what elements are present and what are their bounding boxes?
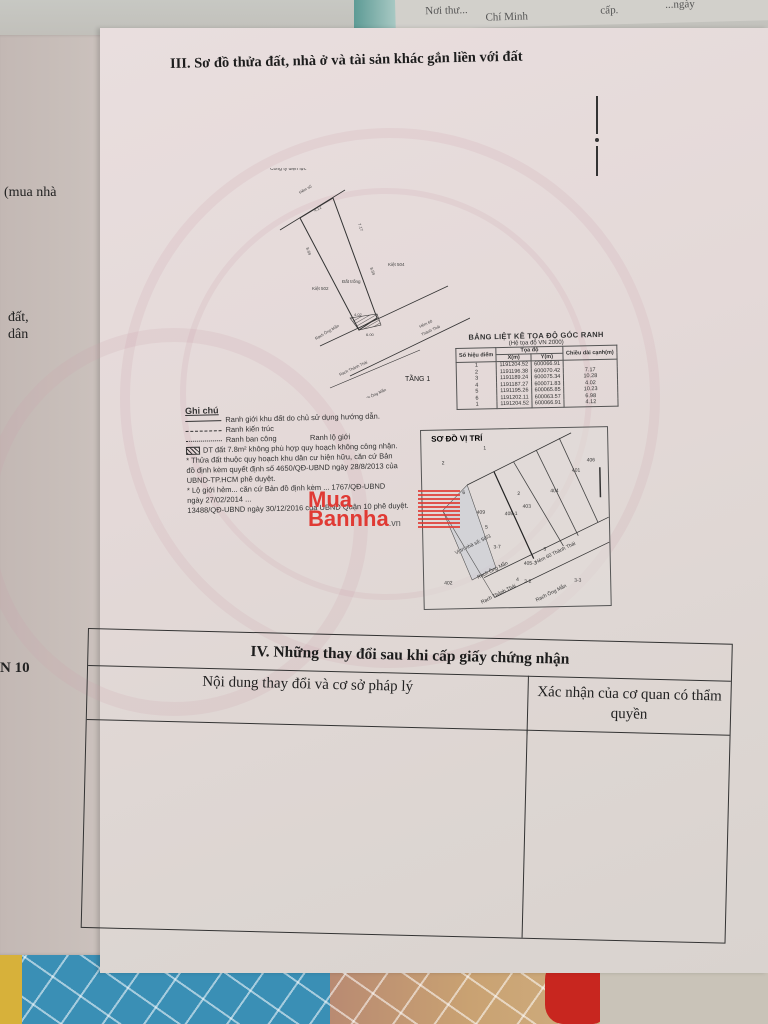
location-map-label: 3-2: [524, 579, 531, 585]
location-map-label: 2: [517, 491, 520, 497]
location-map-label: 409: [477, 510, 485, 516]
solid-line-icon: [185, 420, 221, 422]
left-page-text: dân: [8, 327, 28, 343]
location-map-label: 406: [587, 457, 595, 463]
location-map-label: 404: [550, 488, 558, 494]
note-bullet: * Thửa đất thuộc quy hoạch khu dân cư hi…: [186, 451, 402, 486]
location-map-label: 405-1: [505, 511, 518, 517]
svg-text:4.02: 4.02: [354, 312, 363, 317]
svg-text:Rạch Ông Mẫn: Rạch Ông Mẫn: [360, 387, 386, 398]
svg-text:Đất trống: Đất trống: [342, 279, 361, 284]
svg-text:Kiệt 502: Kiệt 502: [312, 286, 329, 291]
location-map-label: 5: [485, 525, 488, 531]
confirmation-cell: [524, 730, 730, 943]
coordinate-table: BẢNG LIỆT KÊ TỌA ĐỘ GÓC RANH (Hệ tọa độ …: [455, 330, 619, 410]
paper-fragment: ...ngày: [665, 0, 695, 11]
left-page-footer: N 10: [0, 660, 30, 677]
svg-text:6.00: 6.00: [366, 332, 375, 337]
dotted-line-icon: [186, 440, 222, 442]
svg-text:Kiệt 504: Kiệt 504: [388, 262, 405, 267]
north-arrow-icon: [595, 96, 599, 176]
location-map-label: 3-3: [574, 578, 581, 584]
hatch-icon: [186, 447, 200, 455]
building-logo-icon: [418, 490, 460, 530]
svg-text:8.59: 8.59: [369, 267, 377, 277]
col-header: Số hiệu điểm: [456, 348, 497, 363]
left-page-text: đất,: [8, 310, 29, 326]
location-map-label: 403: [523, 504, 531, 510]
col-header: Chiều dài cạnh(m): [563, 345, 617, 360]
svg-text:Hẻm số: Hẻm số: [298, 183, 313, 195]
section-iii-title: III. Sơ đồ thửa đất, nhà ở và tài sản kh…: [170, 49, 523, 73]
plot-diagram: Công ty điện lực Hẻm số Đất trống Kiệt 5…: [270, 168, 470, 398]
left-page-text: (mua nhà: [4, 185, 56, 201]
location-map-label: 6: [462, 490, 465, 496]
location-map-label: 2: [442, 460, 445, 466]
dashed-line-icon: [186, 430, 222, 432]
paper-fragment: cấp.: [600, 4, 618, 16]
location-map-label: 3-7: [493, 544, 500, 550]
changes-content-cell: [82, 719, 527, 938]
certificate-page: III. Sơ đồ thửa đất, nhà ở và tài sản kh…: [100, 28, 768, 973]
svg-text:7.17: 7.17: [357, 223, 365, 233]
svg-text:8.69: 8.69: [305, 247, 313, 257]
svg-text:Công ty điện lực: Công ty điện lực: [270, 168, 307, 172]
paper-fragment: Chí Minh: [485, 11, 528, 24]
mua-ban-nha-watermark: Mua Bannha.vn: [308, 490, 401, 533]
location-map-label: 3: [543, 546, 546, 552]
location-map-label: 402: [444, 580, 452, 586]
changes-table: IV. Những thay đổi sau khi cấp giấy chứn…: [81, 628, 733, 944]
svg-text:TẦNG 1: TẦNG 1: [405, 373, 430, 383]
paper-fragment: Nơi thư...: [425, 4, 468, 17]
location-map-label: 1: [483, 446, 486, 452]
location-map-label: 401: [572, 468, 580, 474]
location-map-label: 4: [516, 577, 519, 583]
background-object: [354, 0, 396, 28]
